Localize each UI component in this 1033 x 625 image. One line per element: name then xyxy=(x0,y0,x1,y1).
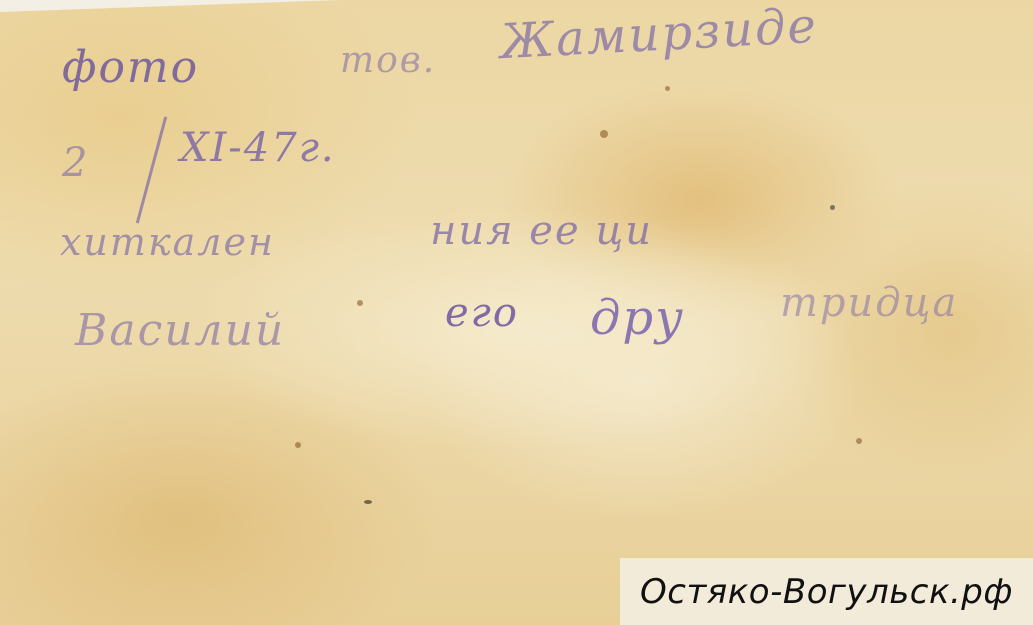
handwriting-word: фото xyxy=(62,42,199,93)
stain-spot xyxy=(357,300,363,306)
handwriting-name: Василий xyxy=(75,305,285,356)
stain-spot xyxy=(600,130,608,138)
stain-spot xyxy=(295,442,301,448)
handwriting-word: хиткален xyxy=(60,220,275,264)
handwriting-word: дру xyxy=(590,290,685,346)
handwriting-date-day: 2 xyxy=(62,140,89,186)
handwriting-word: его xyxy=(445,290,519,336)
photo-back: фото тов. Жамирзиде 2 XI-47г. хиткален н… xyxy=(0,0,1033,625)
handwriting-surname: Жамирзиде xyxy=(499,0,819,70)
date-slash xyxy=(136,116,167,223)
stain-spot xyxy=(856,438,862,444)
handwriting-word: ния ее ци xyxy=(430,208,653,254)
handwriting-date: XI-47г. xyxy=(180,125,336,171)
stain-spot xyxy=(830,205,835,210)
watermark: Остяко-Вогульск.рф xyxy=(620,558,1033,625)
stain-spot xyxy=(364,500,372,504)
stain-spot xyxy=(665,86,670,91)
handwriting-word: тридца xyxy=(780,280,958,326)
handwriting-word: тов. xyxy=(340,40,436,81)
watermark-text: Остяко-Вогульск.рф xyxy=(640,572,1013,612)
